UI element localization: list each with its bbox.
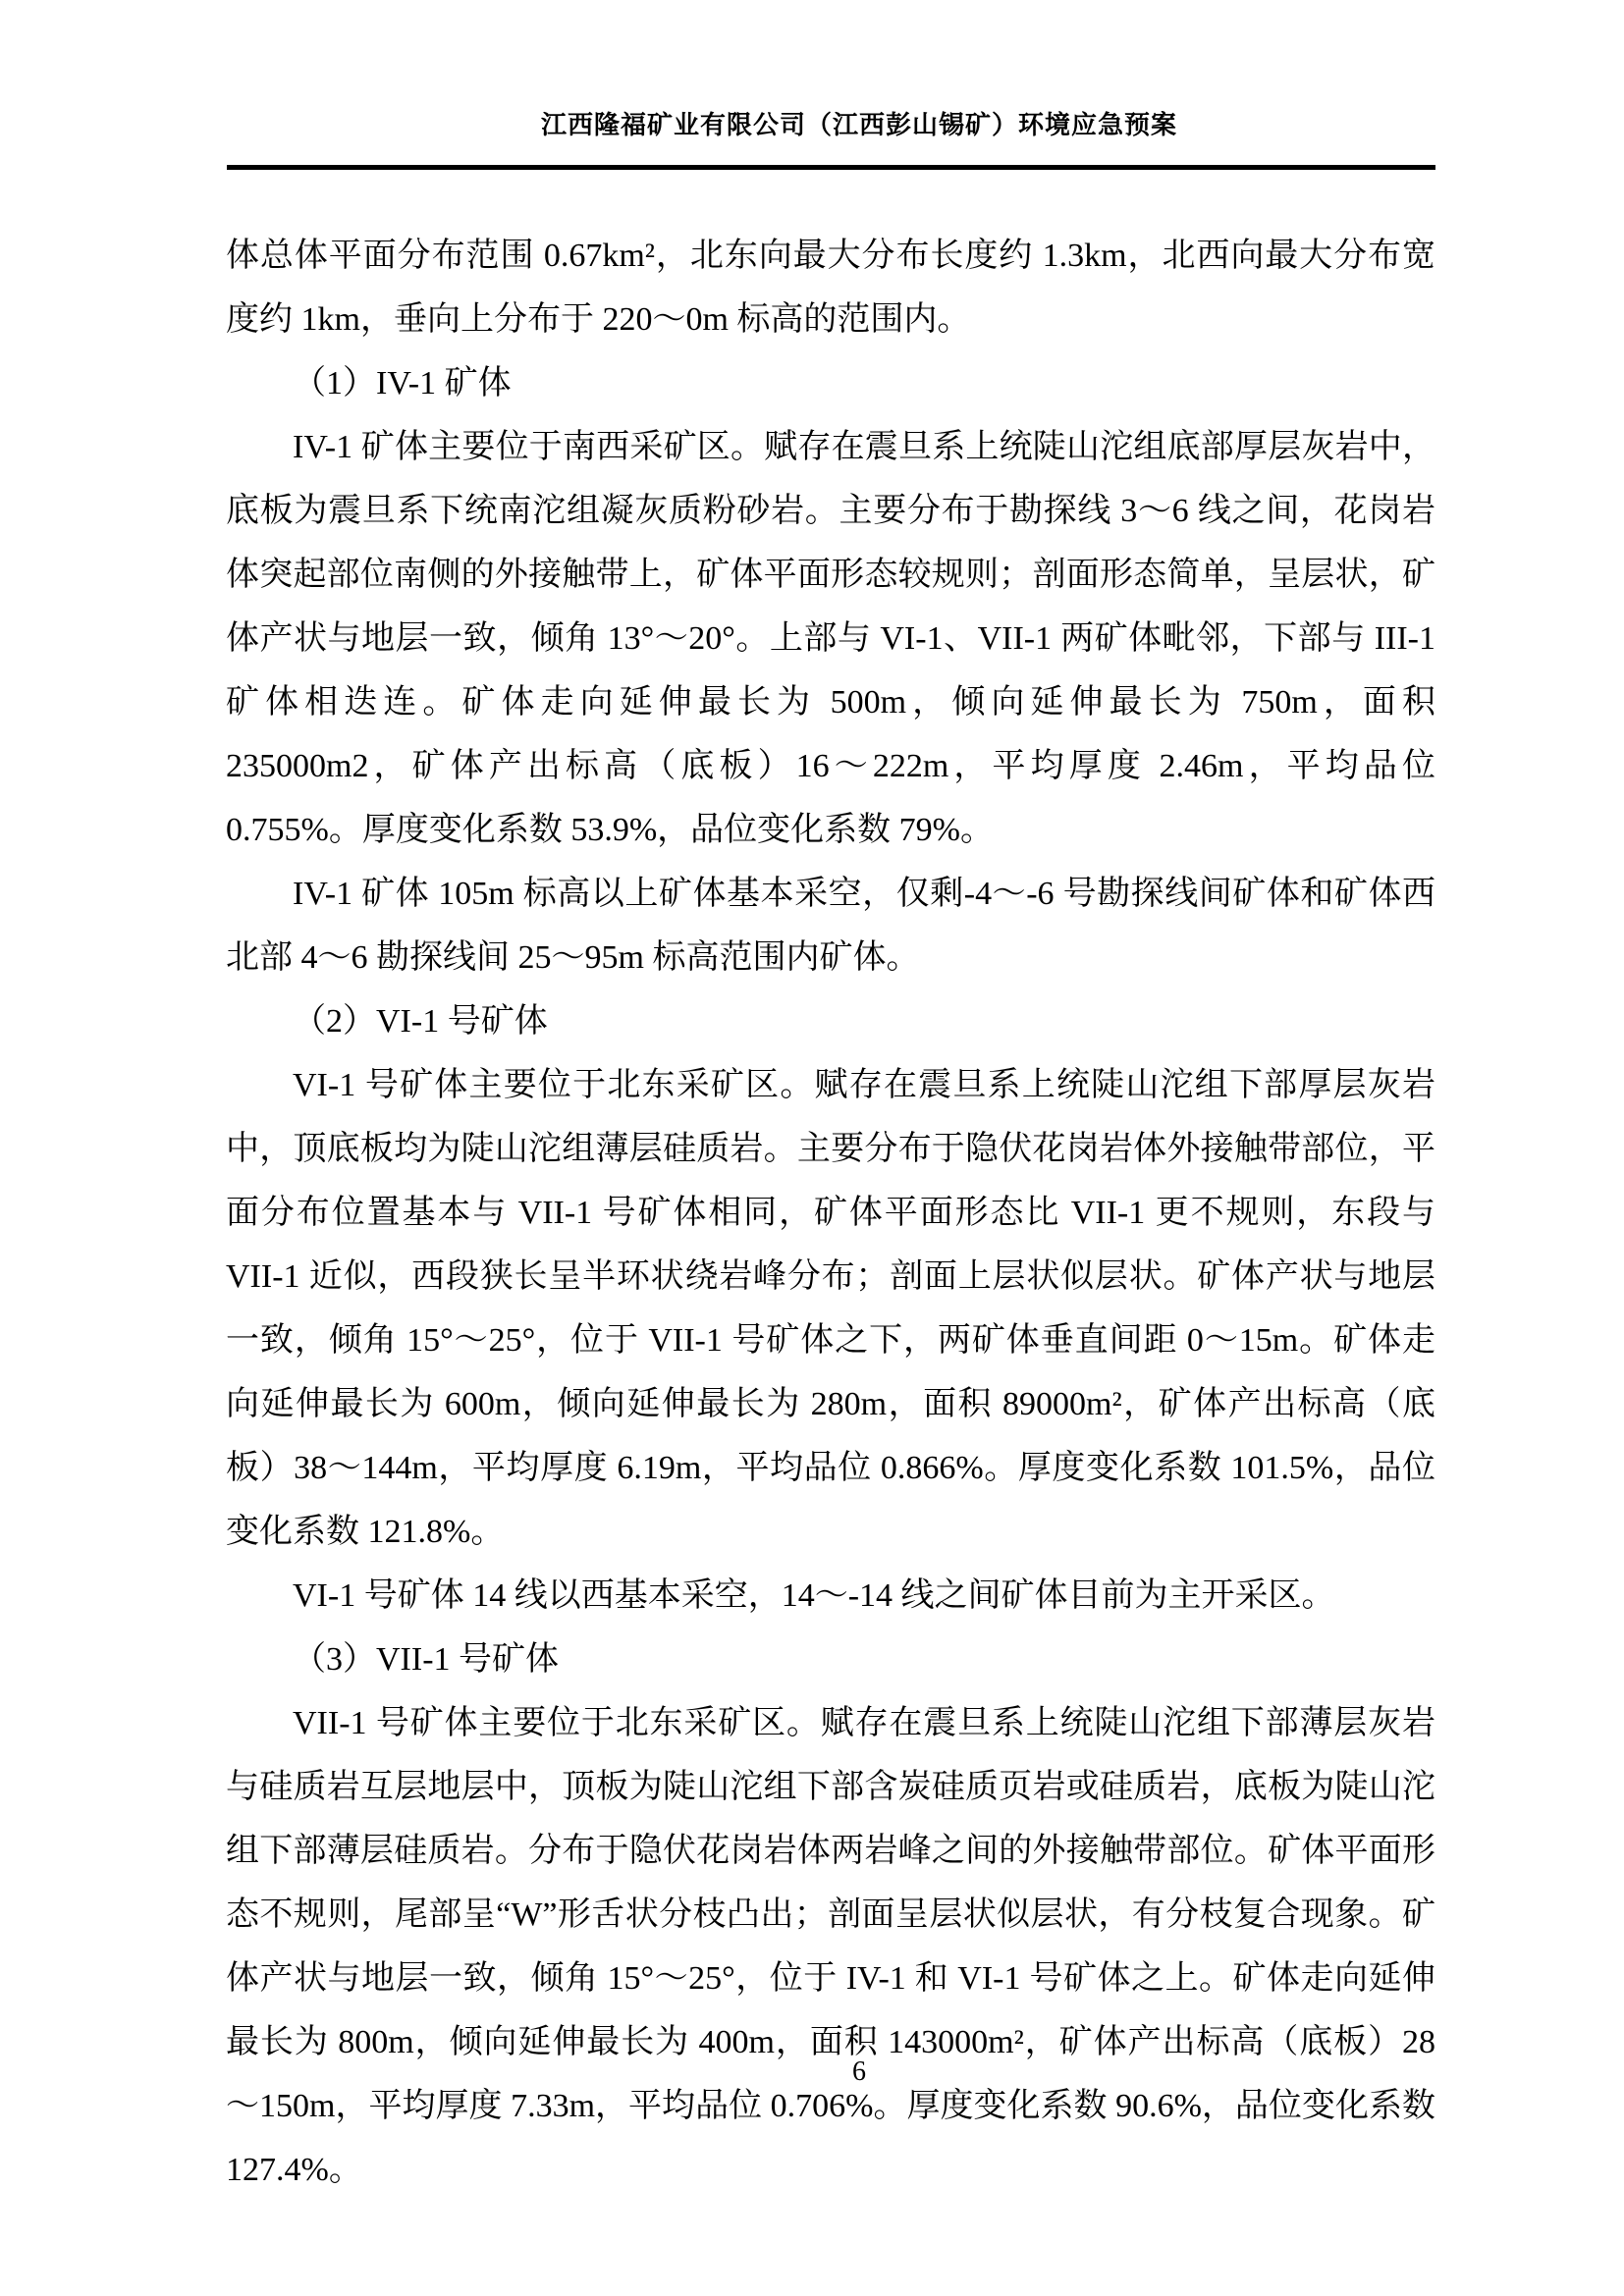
heading-vii-1-orebody: （3）VII-1 号矿体 <box>226 1628 1435 1691</box>
header-divider-rule <box>227 165 1435 170</box>
heading-vi-1-orebody: （2）VI-1 号矿体 <box>226 989 1435 1053</box>
paragraph-vii-1-description: VII-1 号矿体主要位于北东采矿区。赋存在震旦系上统陡山沱组下部薄层灰岩与硅质… <box>226 1691 1435 2202</box>
page-number: 6 <box>253 2057 1465 2088</box>
document-page: 江西隆福矿业有限公司（江西彭山锡矿）环境应急预案 体总体平面分布范围 0.67k… <box>0 0 1624 2296</box>
paragraph-iv-1-mining-status: IV-1 矿体 105m 标高以上矿体基本采空，仅剩-4～-6 号勘探线间矿体和… <box>226 862 1435 989</box>
paragraph-vi-1-mining-status: VI-1 号矿体 14 线以西基本采空，14～-14 线之间矿体目前为主开采区。 <box>226 1564 1435 1628</box>
heading-iv-1-orebody: （1）IV-1 矿体 <box>226 351 1435 415</box>
paragraph-orebody-overview-continuation: 体总体平面分布范围 0.67km²，北东向最大分布长度约 1.3km，北西向最大… <box>226 224 1435 351</box>
paragraph-vi-1-description: VI-1 号矿体主要位于北东采矿区。赋存在震旦系上统陡山沱组下部厚层灰岩中，顶底… <box>226 1053 1435 1564</box>
paragraph-iv-1-description: IV-1 矿体主要位于南西采矿区。赋存在震旦系上统陡山沱组底部厚层灰岩中，底板为… <box>226 415 1435 862</box>
page-header-title: 江西隆福矿业有限公司（江西彭山锡矿）环境应急预案 <box>253 110 1465 140</box>
document-body: 体总体平面分布范围 0.67km²，北东向最大分布长度约 1.3km，北西向最大… <box>226 224 1435 2202</box>
